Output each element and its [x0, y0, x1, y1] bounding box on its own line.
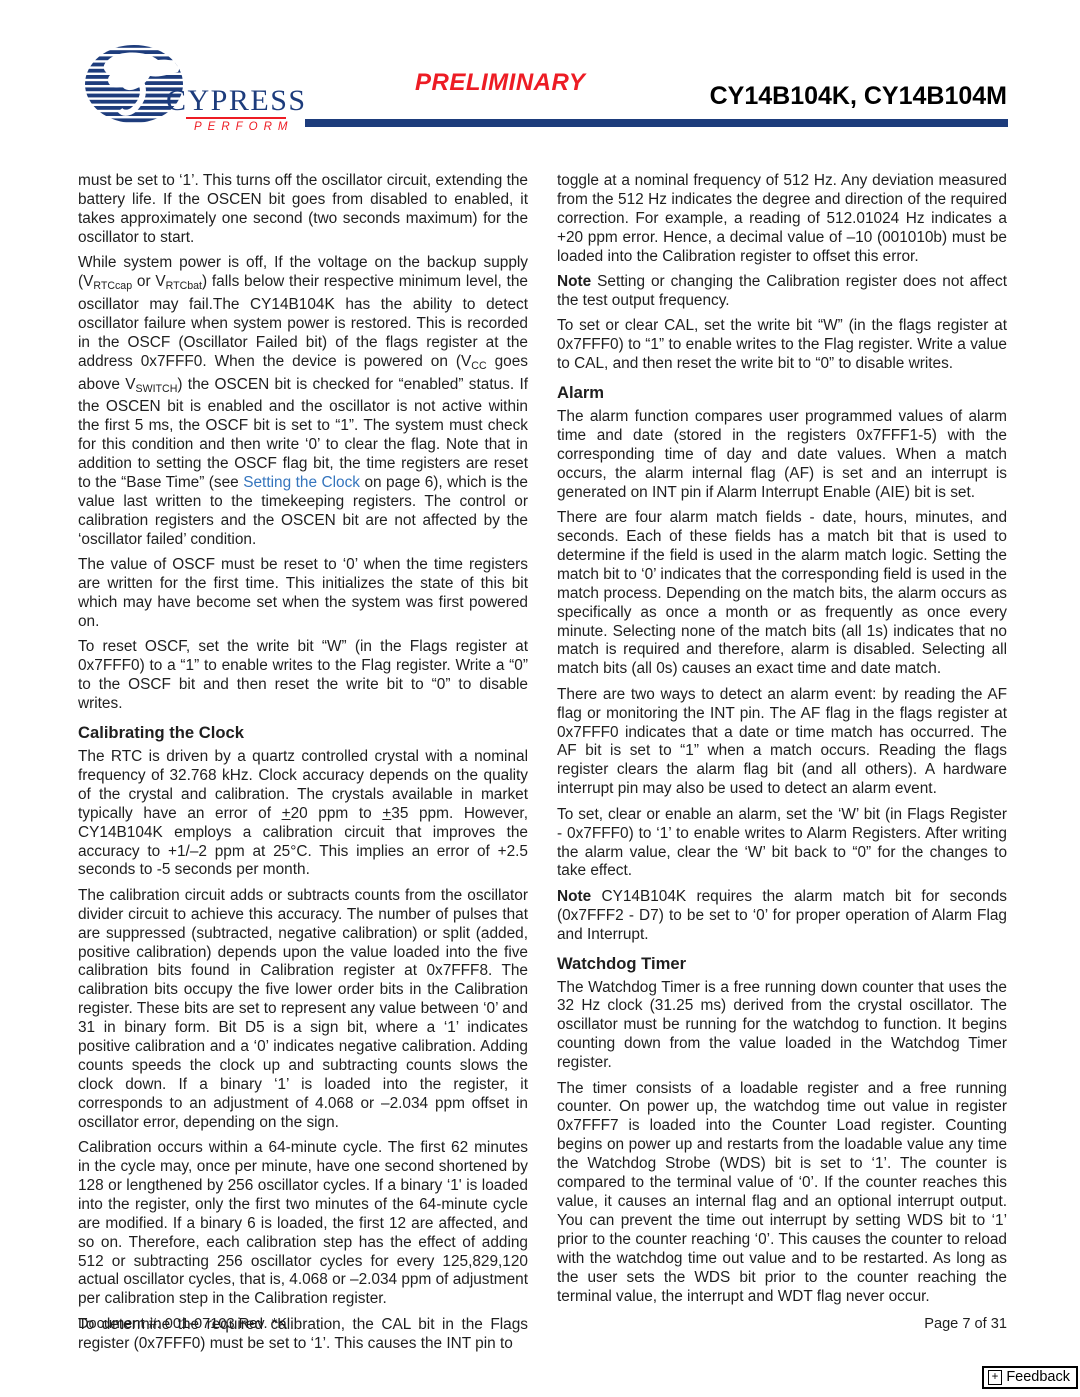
paragraph: There are two ways to detect an alarm ev… [557, 686, 1007, 799]
text-run: The timer consists of a loadable registe… [557, 1080, 1007, 1305]
text-run: toggle at a nominal frequency of 512 Hz.… [557, 172, 1007, 265]
paragraph: While system power is off, If the voltag… [78, 254, 528, 550]
text-run: To set, clear or enable an alarm, set th… [557, 806, 1007, 880]
text-run: 20 ppm to [291, 805, 383, 822]
paragraph: The calibration circuit adds or subtract… [78, 887, 528, 1133]
text-run: CY14B104K requires the alarm match bit f… [557, 888, 1007, 943]
preliminary-watermark: PRELIMINARY [415, 69, 585, 97]
text-run: Watchdog Timer [557, 954, 686, 973]
paragraph: The value of OSCF must be reset to ‘0’ w… [78, 556, 528, 632]
section-heading: Calibrating the Clock [78, 723, 528, 742]
text-run: Note [557, 273, 591, 290]
text-run: Alarm [557, 383, 604, 402]
text-run: To set or clear CAL, set the write bit “… [557, 317, 1007, 372]
feedback-button[interactable]: + Feedback [982, 1366, 1078, 1389]
text-run: The alarm function compares user program… [557, 408, 1007, 501]
subscript-text: RTCcap [93, 280, 132, 292]
paragraph: To reset OSCF, set the write bit “W” (in… [78, 638, 528, 714]
paragraph: must be set to ‘1’. This turns off the o… [78, 172, 528, 248]
text-run: Calibrating the Clock [78, 723, 244, 742]
paragraph: Calibration occurs within a 64-minute cy… [78, 1139, 528, 1309]
section-heading: Alarm [557, 383, 1007, 402]
text-run: or V [132, 273, 166, 290]
paragraph: Note Setting or changing the Calibration… [557, 273, 1007, 311]
text-run: The Watchdog Timer is a free running dow… [557, 979, 1007, 1072]
subscript-text: SWITCH [136, 383, 178, 395]
section-heading: Watchdog Timer [557, 954, 1007, 973]
text-run: There are two ways to detect an alarm ev… [557, 686, 1007, 798]
left-column: must be set to ‘1’. This turns off the o… [78, 172, 528, 1360]
text-run: must be set to ‘1’. This turns off the o… [78, 172, 528, 246]
text-run: + [382, 805, 391, 822]
text-run: The value of OSCF must be reset to ‘0’ w… [78, 556, 528, 630]
paragraph: Note CY14B104K requires the alarm match … [557, 888, 1007, 945]
paragraph: To set, clear or enable an alarm, set th… [557, 806, 1007, 882]
text-run: To reset OSCF, set the write bit “W” (in… [78, 638, 528, 712]
subscript-text: RTCbat [166, 280, 202, 292]
datasheet-page: CYPRESS PERFORM PRELIMINARY CY14B104K, C… [0, 0, 1080, 1397]
text-run: Setting or changing the Calibration regi… [557, 273, 1007, 309]
text-run: There are four alarm match fields - date… [557, 509, 1007, 677]
brand-rule [186, 117, 286, 119]
page-number: Page 7 of 31 [924, 1316, 1007, 1332]
paragraph: The timer consists of a loadable registe… [557, 1080, 1007, 1307]
header-divider-bar [305, 119, 1008, 127]
page-footer: Document #: 001-07103 Rev. *K Page 7 of … [78, 1316, 1007, 1332]
text-run: + [282, 805, 291, 822]
subscript-text: CC [471, 360, 486, 372]
brand-tagline: PERFORM [194, 121, 294, 133]
text-run: Calibration occurs within a 64-minute cy… [78, 1139, 528, 1307]
right-column: toggle at a nominal frequency of 512 Hz.… [557, 172, 1007, 1360]
paragraph: The Watchdog Timer is a free running dow… [557, 979, 1007, 1074]
text-run: The calibration circuit adds or subtract… [78, 887, 528, 1131]
paragraph: The RTC is driven by a quartz controlled… [78, 748, 528, 880]
document-number: Document #: 001-07103 Rev. *K [78, 1316, 287, 1332]
paragraph: There are four alarm match fields - date… [557, 509, 1007, 679]
paragraph: To set or clear CAL, set the write bit “… [557, 317, 1007, 374]
document-body: must be set to ‘1’. This turns off the o… [78, 172, 1007, 1360]
paragraph: The alarm function compares user program… [557, 408, 1007, 503]
setting-the-clock-link[interactable]: Setting the Clock [243, 474, 360, 491]
paragraph: toggle at a nominal frequency of 512 Hz.… [557, 172, 1007, 267]
plus-icon: + [988, 1370, 1003, 1385]
page-title: CY14B104K, CY14B104M [710, 82, 1007, 111]
text-run: Note [557, 888, 591, 905]
brand-name: CYPRESS [166, 84, 307, 118]
feedback-button-label: Feedback [1006, 1369, 1070, 1385]
